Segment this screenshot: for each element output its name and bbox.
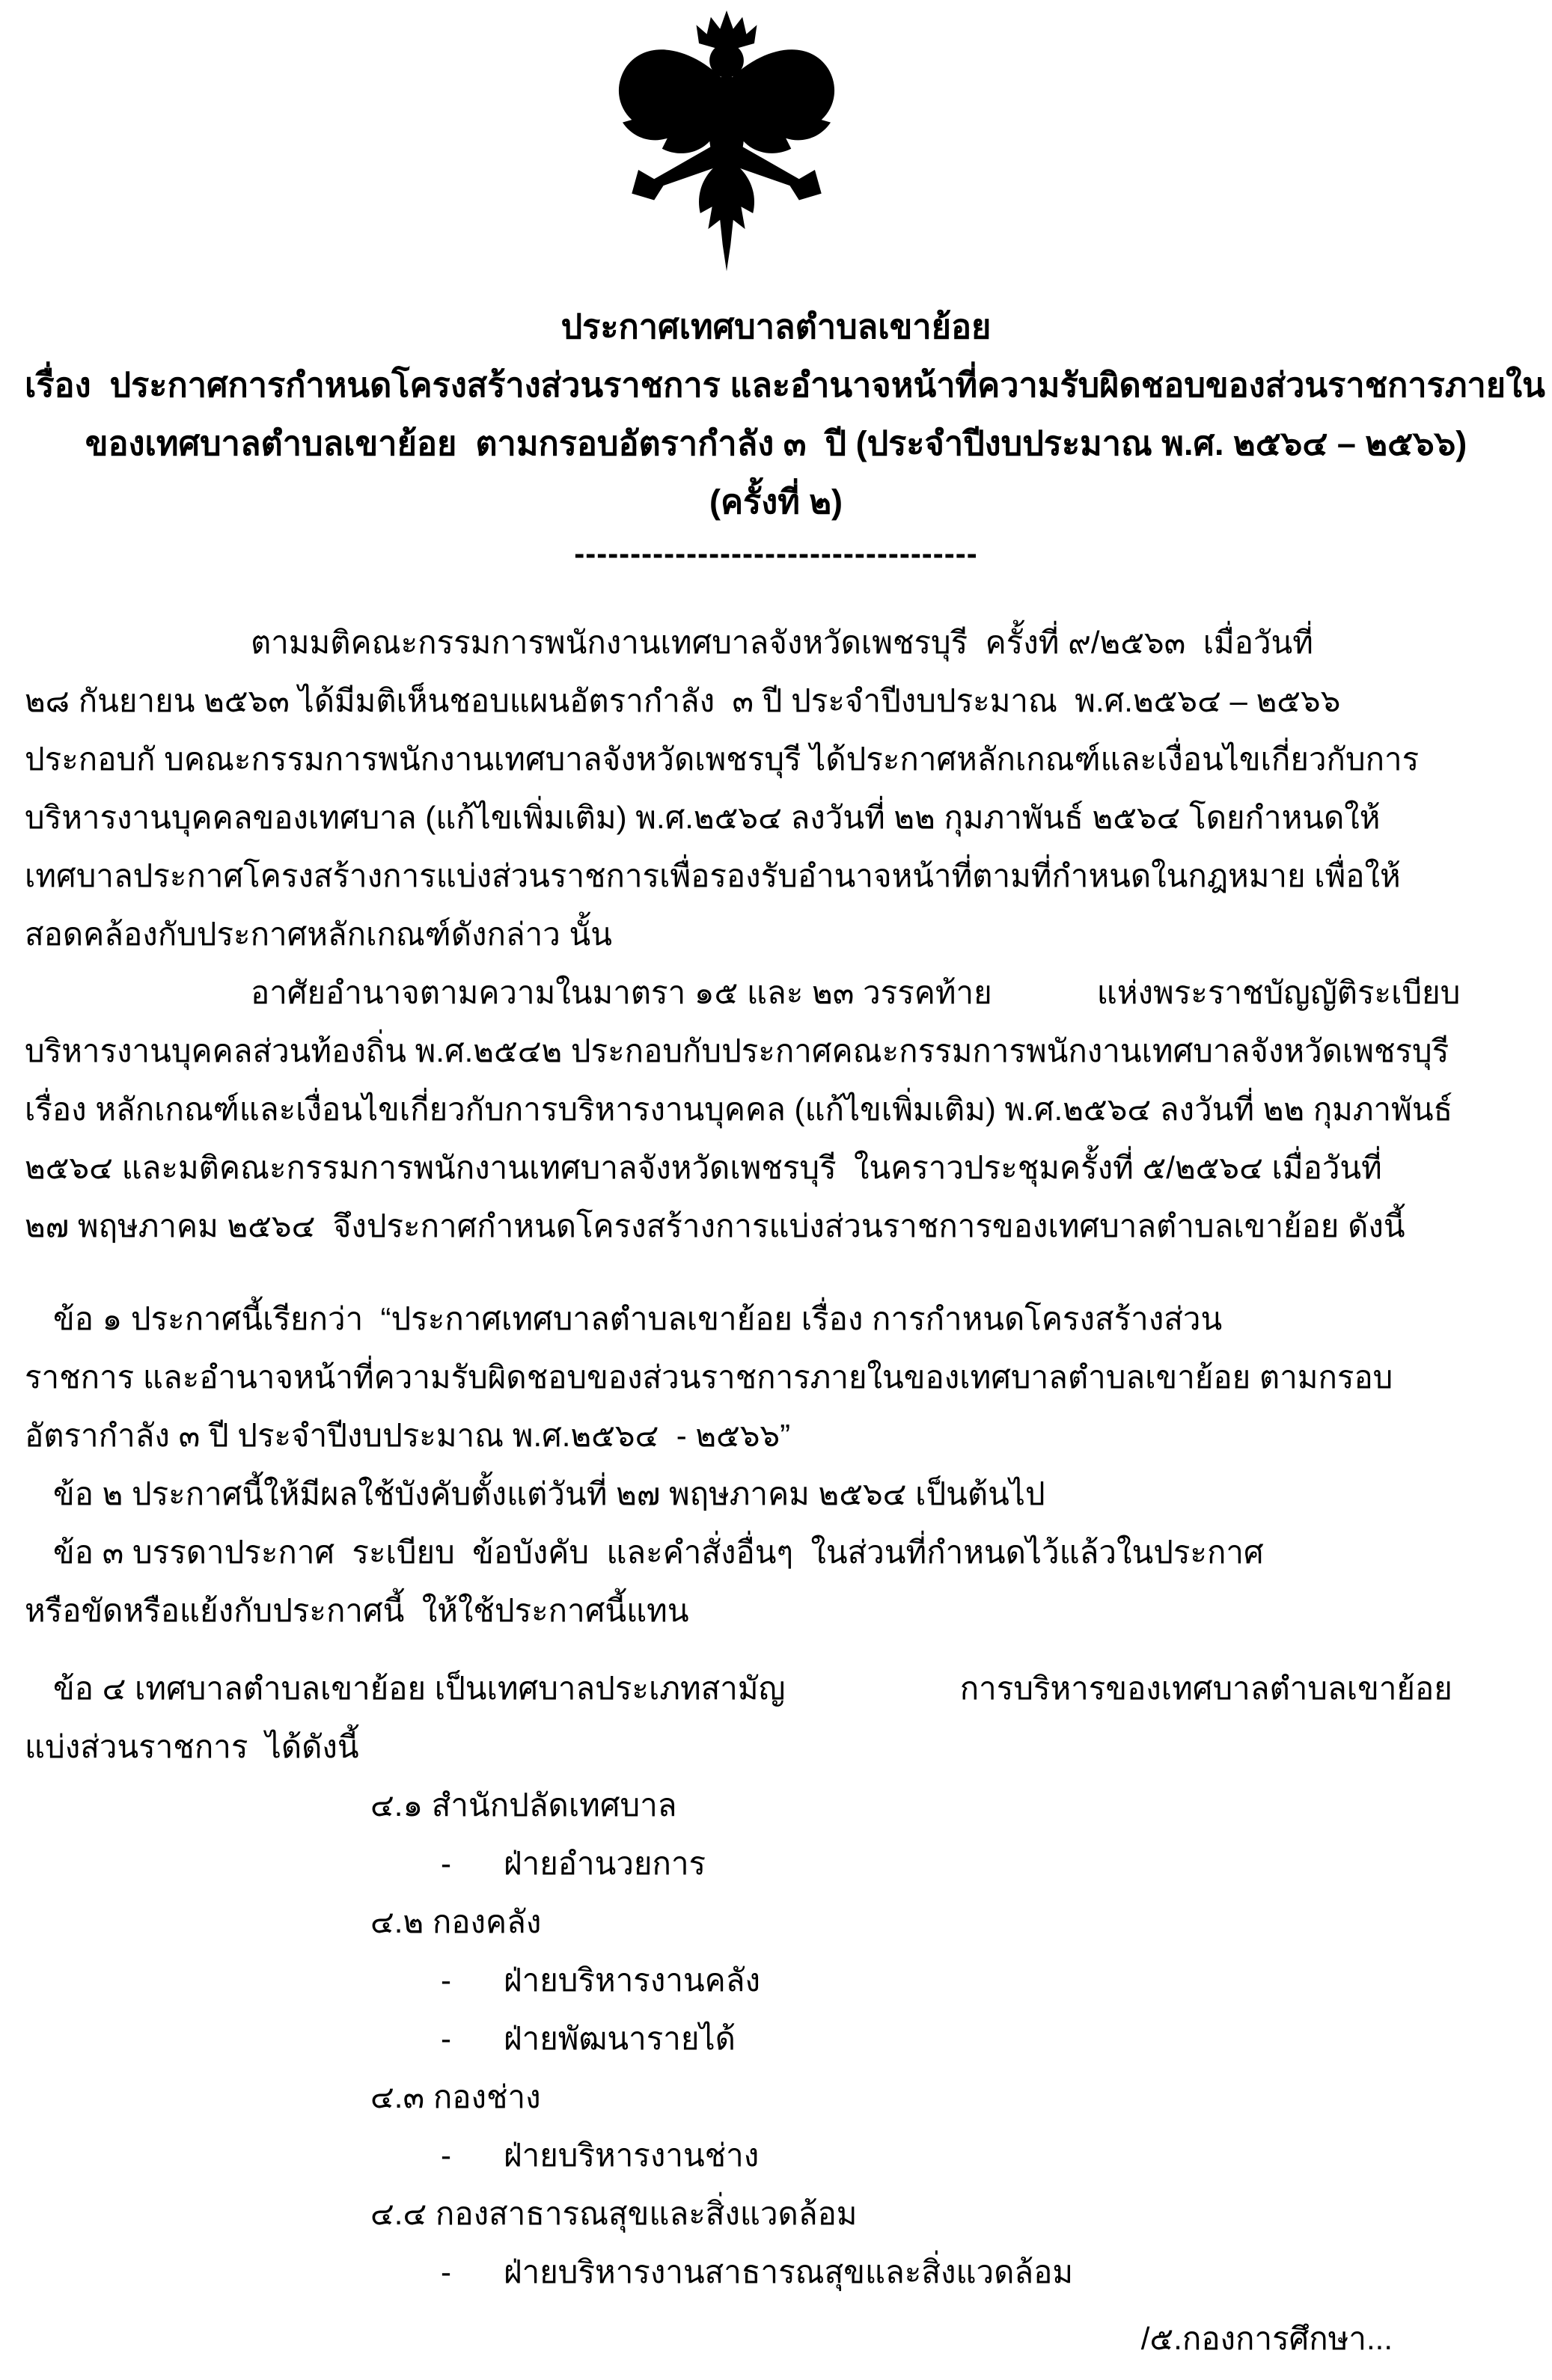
division-item: -ฝ่ายพัฒนารายได้ (25, 2010, 1527, 2068)
department-item: ๔.๑ สำนักปลัดเทศบาล (25, 1776, 1527, 1835)
department-name: สำนักปลัดเทศบาล (432, 1787, 677, 1823)
clause-1: ข้อ ๑ ประกาศนี้เรียกว่า “ประกาศเทศบาลตำบ… (25, 1290, 1527, 1465)
paragraph-line: ๒๗ พฤษภาคม ๒๕๖๔ จึงประกาศกำหนดโครงสร้างก… (25, 1197, 1527, 1255)
title-block: ประกาศเทศบาลตำบลเขาย้อย เรื่อง ประกาศการ… (25, 298, 1527, 531)
clause-2: ข้อ ๒ ประกาศนี้ให้มีผลใช้บังคับตั้งแต่วั… (25, 1465, 1527, 1523)
clause-line: ข้อ ๔ เทศบาลตำบลเขาย้อย เป็นเทศบาลประเภท… (25, 1659, 1527, 1718)
title-revision-line: (ครั้งที่ ๒) (25, 473, 1527, 531)
paragraph-line: เทศบาลประกาศโครงสร้างการแบ่งส่วนราชการเพ… (25, 847, 1527, 905)
clause-line: ราชการ และอำนาจหน้าที่ความรับผิดชอบของส่… (25, 1348, 1527, 1407)
department-name: กองช่าง (433, 2079, 541, 2114)
dash-bullet: - (441, 2243, 504, 2301)
paragraph-line: ๒๘ กันยายน ๒๕๖๓ ได้มีมติเห็นชอบแผนอัตราก… (25, 672, 1527, 730)
clause-line: ข้อ ๑ ประกาศนี้เรียกว่า “ประกาศเทศบาลตำบ… (25, 1290, 1527, 1348)
division-item: -ฝ่ายบริหารงานคลัง (25, 1951, 1527, 2010)
dash-bullet: - (441, 1951, 504, 2010)
clause-line: ข้อ ๒ ประกาศนี้ให้มีผลใช้บังคับตั้งแต่วั… (25, 1465, 1527, 1523)
paragraph-2: อาศัยอำนาจตามความในมาตรา ๑๕ และ ๒๓ วรรคท… (25, 964, 1527, 1255)
department-item: ๔.๒ กองคลัง (25, 1893, 1527, 1951)
department-list: ๔.๑ สำนักปลัดเทศบาล -ฝ่ายอำนวยการ ๔.๒ กอ… (25, 1776, 1527, 2301)
clause-line: อัตรากำลัง ๓ ปี ประจำปีงบประมาณ พ.ศ.๒๕๖๔… (25, 1407, 1527, 1465)
clause-line: แบ่งส่วนราชการ ได้ดังนี้ (25, 1718, 1527, 1776)
clause-3: ข้อ ๓ บรรดาประกาศ ระเบียบ ข้อบังคับ และค… (25, 1523, 1527, 1640)
dash-bullet: - (441, 1835, 504, 1893)
department-name: กองสาธารณสุขและสิ่งแวดล้อม (436, 2196, 858, 2231)
paragraph-line: ตามมติคณะกรรมการพนักงานเทศบาลจังหวัดเพชร… (25, 614, 1527, 672)
paragraph-1: ตามมติคณะกรรมการพนักงานเทศบาลจังหวัดเพชร… (25, 614, 1527, 964)
paragraph-line: เรื่อง หลักเกณฑ์และเงื่อนไขเกี่ยวกับการบ… (25, 1080, 1527, 1139)
paragraph-line: บริหารงานบุคคลของเทศบาล (แก้ไขเพิ่มเติม)… (25, 789, 1527, 847)
clause-line: ข้อ ๓ บรรดาประกาศ ระเบียบ ข้อบังคับ และค… (25, 1523, 1527, 1582)
department-item: ๔.๔ กองสาธารณสุขและสิ่งแวดล้อม (25, 2185, 1527, 2243)
paragraph-line: สอดคล้องกับประกาศหลักเกณฑ์ดังกล่าว นั้น (25, 905, 1527, 964)
garuda-emblem-icon (614, 10, 839, 274)
paragraph-line: ๒๕๖๔ และมติคณะกรรมการพนักงานเทศบาลจังหวั… (25, 1139, 1527, 1197)
division-name: ฝ่ายบริหารงานคลัง (504, 1963, 760, 1998)
title-subject-line-2: ของเทศบาลตำบลเขาย้อย ตามกรอบอัตรากำลัง ๓… (25, 414, 1527, 473)
separator-line: ------------------------------------ (25, 531, 1527, 576)
department-number: ๔.๒ (370, 1904, 424, 1939)
paragraph-line: บริหารงานบุคคลส่วนท้องถิ่น พ.ศ.๒๕๔๒ ประก… (25, 1022, 1527, 1080)
clause-line: หรือขัดหรือแย้งกับประกาศนี้ ให้ใช้ประกาศ… (25, 1582, 1527, 1640)
division-name: ฝ่ายอำนวยการ (504, 1846, 706, 1881)
department-number: ๔.๑ (370, 1787, 423, 1823)
dash-bullet: - (441, 2126, 504, 2185)
department-number: ๔.๔ (370, 2196, 427, 2231)
division-name: ฝ่ายพัฒนารายได้ (504, 2021, 736, 2056)
paragraph-line: อาศัยอำนาจตามความในมาตรา ๑๕ และ ๒๓ วรรคท… (25, 964, 1527, 1022)
department-number: ๔.๓ (370, 2079, 424, 2114)
document-title: ประกาศเทศบาลตำบลเขาย้อย (25, 298, 1527, 356)
garuda-emblem (25, 0, 1527, 275)
document-page: ประกาศเทศบาลตำบลเขาย้อย เรื่อง ประกาศการ… (0, 0, 1552, 2380)
division-item: -ฝ่ายอำนวยการ (25, 1835, 1527, 1893)
clause-4: ข้อ ๔ เทศบาลตำบลเขาย้อย เป็นเทศบาลประเภท… (25, 1659, 1527, 1776)
title-subject-line: เรื่อง ประกาศการกำหนดโครงสร้างส่วนราชการ… (25, 356, 1527, 414)
department-item: ๔.๓ กองช่าง (25, 2068, 1527, 2126)
division-name: ฝ่ายบริหารงานช่าง (504, 2138, 759, 2173)
division-item: -ฝ่ายบริหารงานสาธารณสุขและสิ่งแวดล้อม (25, 2243, 1527, 2301)
department-name: กองคลัง (433, 1904, 542, 1939)
paragraph-line: ประกอบกั บคณะกรรมการพนักงานเทศบาลจังหวัด… (25, 730, 1527, 789)
page-continuation-marker: /๕.กองการศึกษา... (25, 2316, 1527, 2361)
division-item: -ฝ่ายบริหารงานช่าง (25, 2126, 1527, 2185)
division-name: ฝ่ายบริหารงานสาธารณสุขและสิ่งแวดล้อม (504, 2254, 1073, 2289)
dash-bullet: - (441, 2010, 504, 2068)
